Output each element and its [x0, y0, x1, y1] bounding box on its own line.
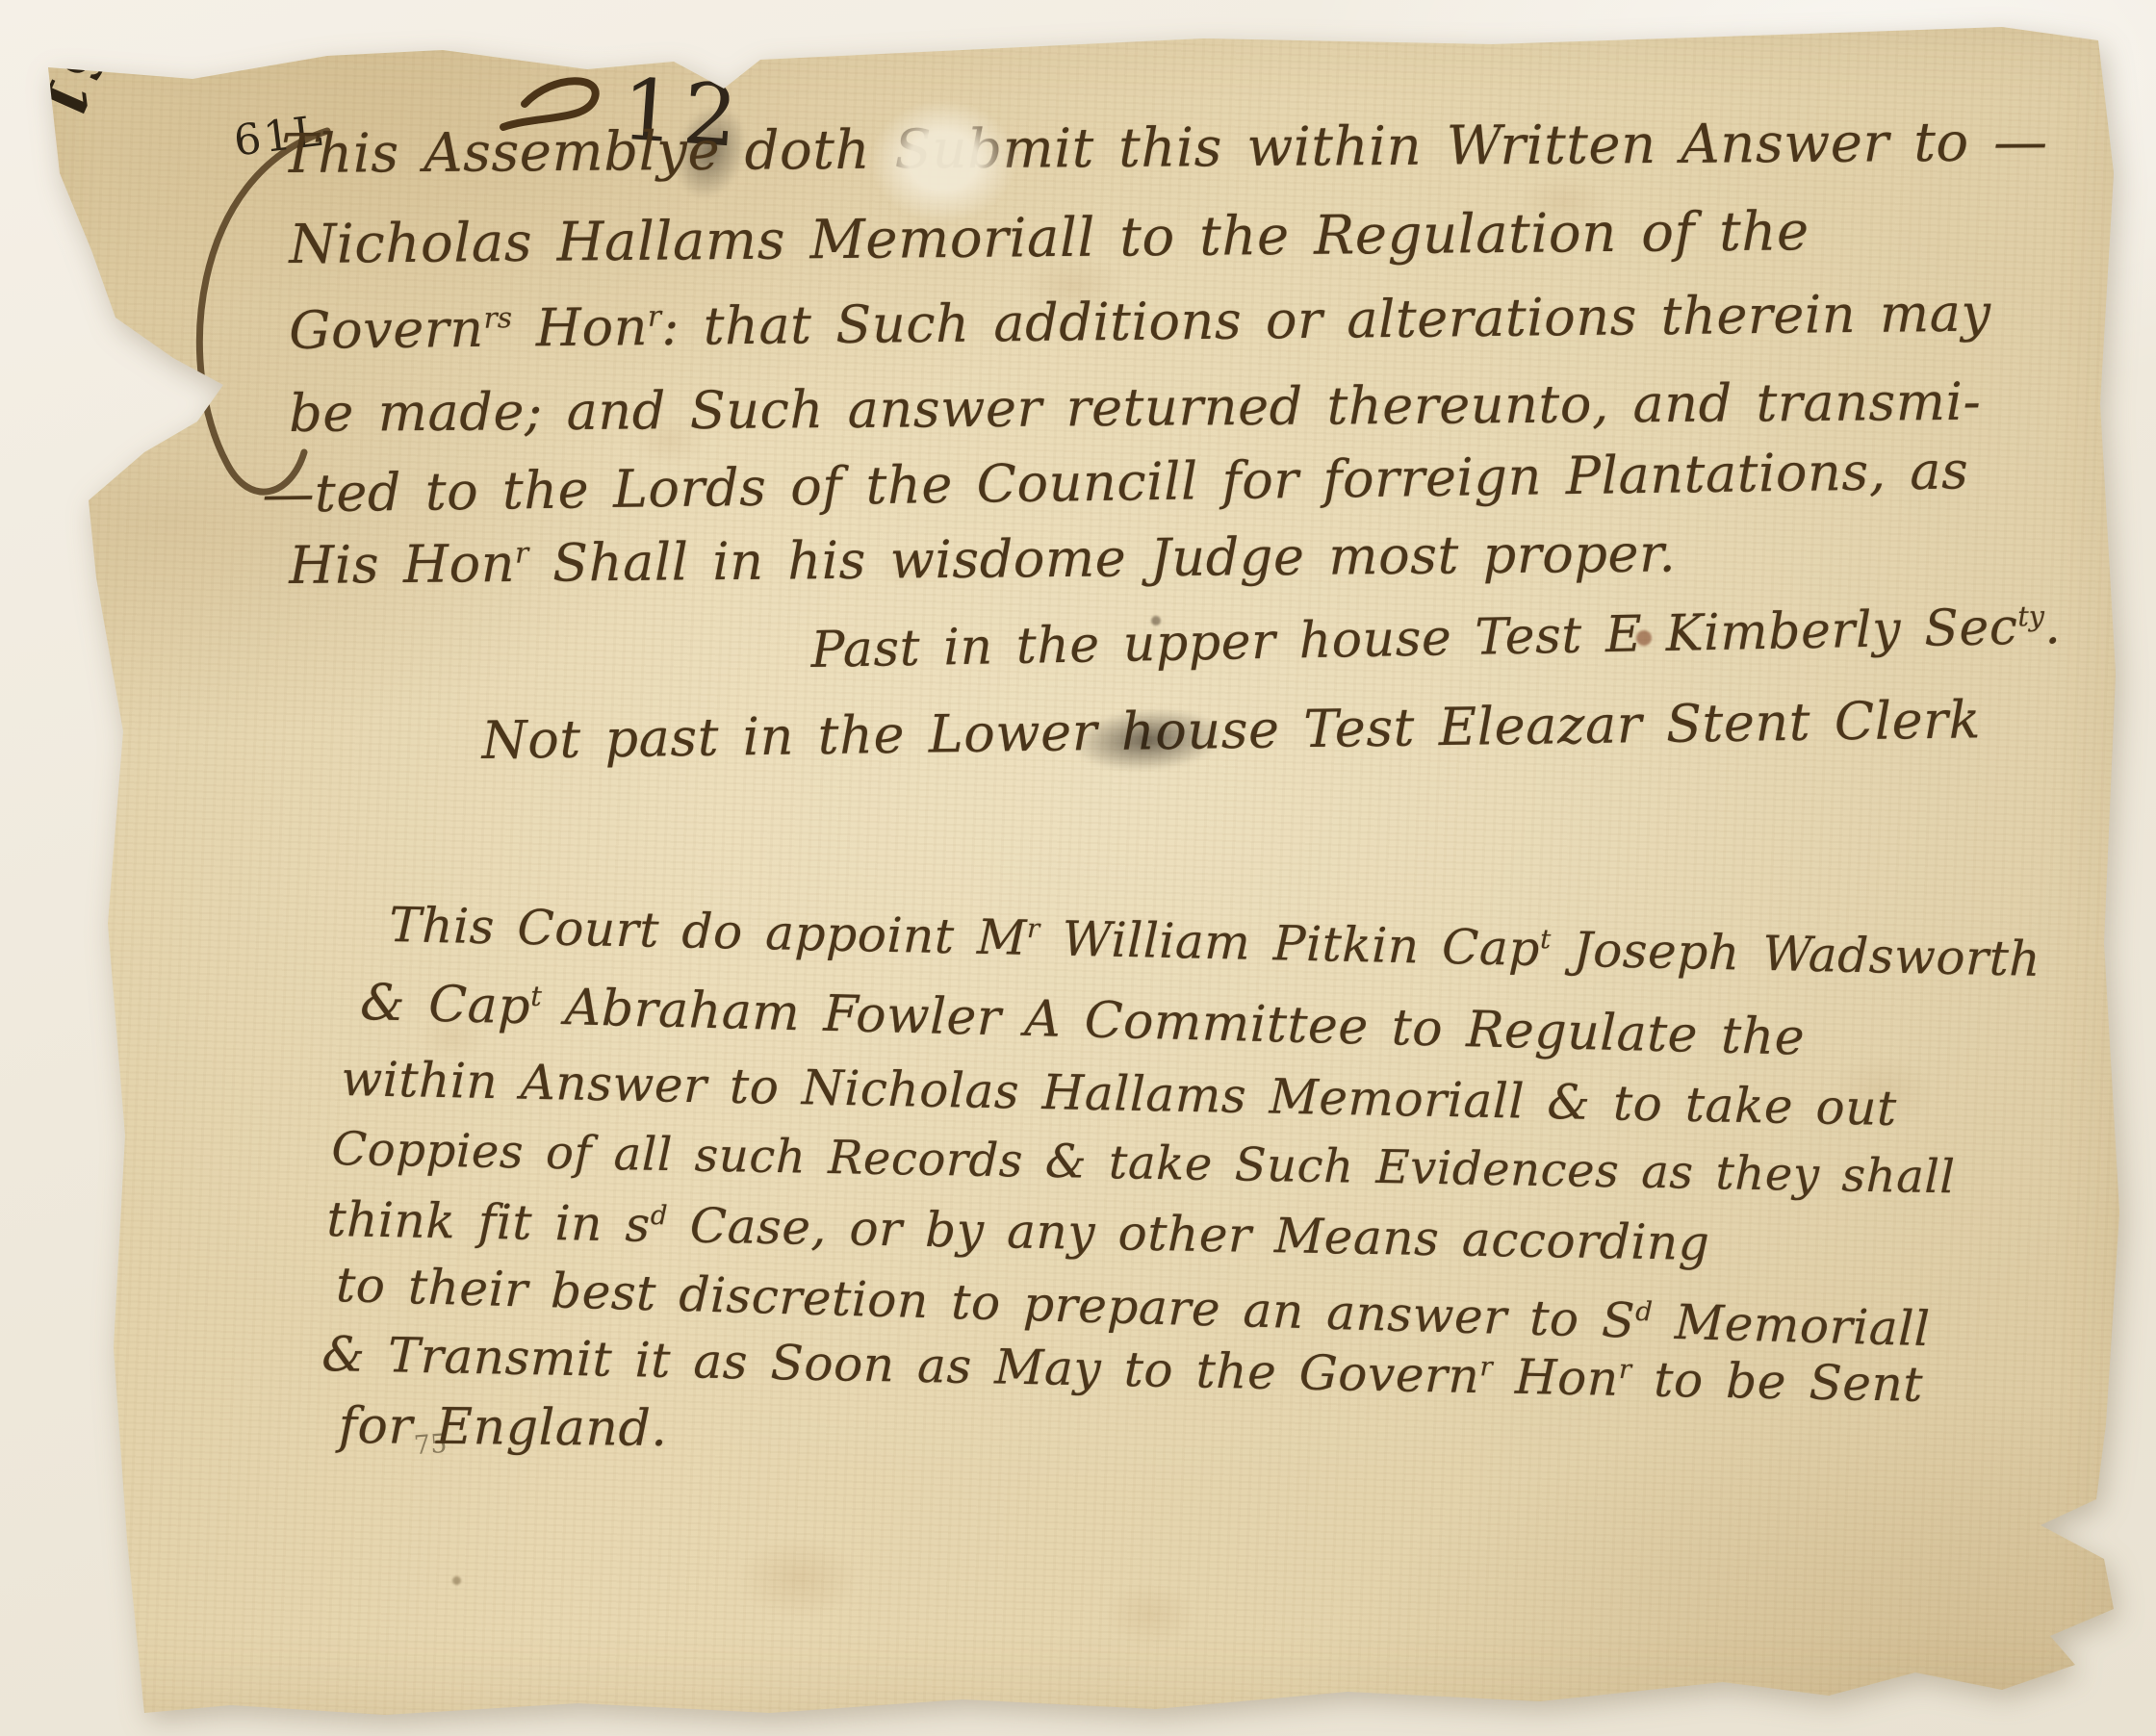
paragraph-2-line-7: & Transmit it as Soon as May to the Gove…: [321, 1326, 1924, 1413]
foxing-stain: [866, 539, 953, 597]
foxing-stain: [712, 1520, 885, 1636]
ink-blot-over-word: [1044, 692, 1251, 788]
paper-shadow: 61 61L 12 75 This Assemblye doth Submit …: [0, 0, 2156, 1736]
ink-speck: [1151, 616, 1161, 625]
paragraph-1-line-6: His Honr Shall in his wisdome Judge most…: [289, 523, 1677, 596]
paper-abrasion-spot: [866, 96, 1020, 226]
manuscript-paper: 61 61L 12 75 This Assemblye doth Submit …: [0, 0, 2156, 1736]
paragraph-1-line-4: be made; and Such answer returned thereu…: [289, 371, 1982, 444]
marks-layer: 61 61L 12 75: [0, 0, 2156, 1736]
paragraph-2-line-6: to their best discretion to prepare an a…: [335, 1257, 1931, 1357]
manuscript-text: This Assemblye doth Submit this within W…: [0, 0, 2156, 1736]
foxing-stain: [1088, 1569, 1213, 1660]
paragraph-2-line-3: within Answer to Nicholas Hallams Memori…: [341, 1051, 1897, 1136]
ink-smudge: [644, 73, 777, 231]
paragraph-2-line-1: This Court do appoint Mr William Pitkin …: [389, 897, 2041, 987]
foxing-stain: [1501, 164, 1627, 241]
page-number: 12: [619, 60, 749, 167]
foxing-stain: [1809, 1039, 1954, 1145]
ink-speck: [452, 1576, 461, 1585]
paper-fiber: [698, 17, 706, 71]
paragraph-2-line-2: & Capt Abraham Fowler A Committee to Reg…: [360, 974, 1806, 1067]
pencil-number: 75: [413, 1429, 448, 1461]
stain-layer: [0, 0, 2156, 1736]
paragraph-1-line-3: Governrs Honr: that Such additions or al…: [289, 282, 1991, 361]
paragraph-1-line-8: Not past in the Lower house Test Eleazar…: [481, 689, 1981, 771]
paragraph-1-line-5: —ted to the Lords of the Councill for fo…: [262, 440, 1969, 524]
paragraph-2-line-5: think fit in sd Case, or by any other Me…: [326, 1191, 1710, 1271]
ink-speck: [1636, 630, 1652, 646]
catalog-number: 61L: [231, 106, 327, 166]
paragraph-1-line-1: This Assemblye doth Submit this within W…: [281, 111, 2048, 186]
foxing-stain: [1001, 241, 1145, 332]
rotated-corner-number: 61: [24, 26, 121, 134]
paragraph-2-line-4: Coppies of all such Records & take Such …: [331, 1122, 1956, 1204]
paragraph-1-line-7: Past in the upper house Test E Kimberly …: [810, 598, 2062, 679]
scan-background: 61 61L 12 75 This Assemblye doth Submit …: [0, 0, 2156, 1736]
foxing-stain: [616, 404, 722, 476]
calligraphic-flourish: [0, 0, 2156, 1736]
paragraph-2-line-8: for England.: [338, 1397, 667, 1458]
paragraph-1-line-2: Nicholas Hallams Memoriall to the Regula…: [289, 200, 1809, 276]
foxing-stain: [404, 1001, 500, 1073]
